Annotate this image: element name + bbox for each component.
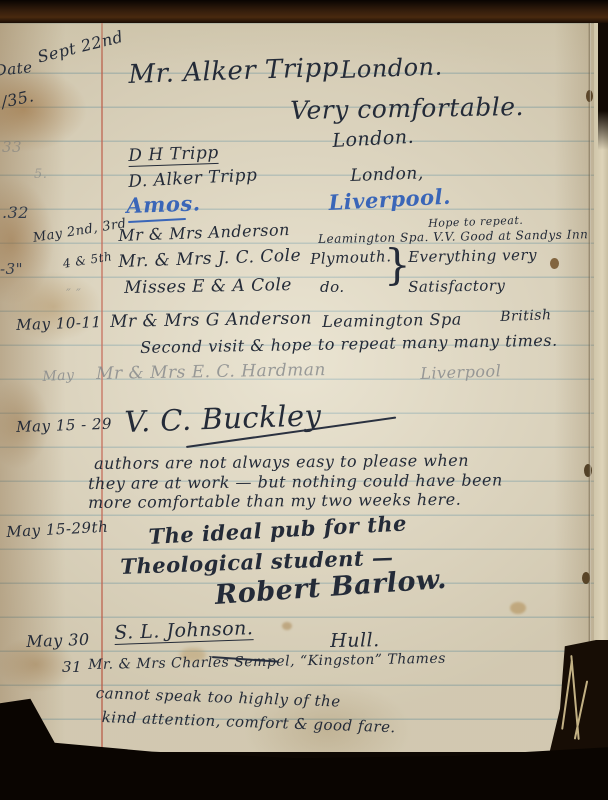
table-edge-top	[0, 0, 608, 23]
entry-date: May 10-11	[16, 315, 102, 333]
guest-comment: authors are not always easy to please wh…	[94, 453, 469, 472]
guest-name: Misses E & A Cole	[124, 277, 292, 297]
date-column-label: Date	[0, 60, 33, 79]
guest-place: Hull.	[330, 631, 380, 651]
guest-book-photo: Date Sept 22nd /35. 33 5. .32 -3" Mr. Al…	[0, 0, 608, 800]
guest-place: Plymouth.	[310, 249, 392, 267]
guest-remark: Everything very	[408, 248, 537, 265]
ditto-marks: ″ ″	[66, 288, 81, 301]
entry-date: May 30	[26, 632, 90, 650]
guest-comment: more comfortable than my two weeks here.	[88, 492, 461, 511]
gutter-shadow	[598, 20, 608, 150]
guest-name: Amos.	[126, 192, 201, 216]
guest-name: Mr. Alker Tripp	[128, 55, 339, 88]
guest-place: Liverpool.	[328, 186, 451, 213]
guest-place: Liverpool	[420, 363, 502, 382]
guest-place: London,	[350, 165, 424, 185]
entry-date: May 15 - 29	[16, 417, 112, 435]
entry-date: 31	[62, 660, 82, 675]
entry-date: May	[42, 368, 75, 384]
guest-place: London.	[332, 128, 415, 151]
guest-comment: Very comfortable.	[290, 94, 524, 123]
guest-annotation: Hope to repeat.	[428, 215, 523, 229]
guest-signature: D H Tripp	[128, 145, 219, 167]
bleed-through-number: -3"	[0, 262, 23, 277]
guest-name: Mr & Mrs G Anderson	[110, 310, 312, 331]
guest-remark: Satisfactory	[408, 278, 506, 295]
guest-place: London.	[340, 54, 443, 82]
bleed-through-number: 33	[2, 140, 22, 155]
guest-place: do.	[320, 280, 345, 295]
margin-rule	[101, 22, 103, 752]
guest-remark: British	[500, 308, 552, 324]
guest-name: Mr & Mrs E. C. Hardman	[96, 362, 326, 383]
guest-place: Leamington Spa	[322, 312, 462, 330]
bleed-through-number: .32	[2, 205, 29, 221]
bleed-through-number: 5.	[34, 168, 47, 181]
